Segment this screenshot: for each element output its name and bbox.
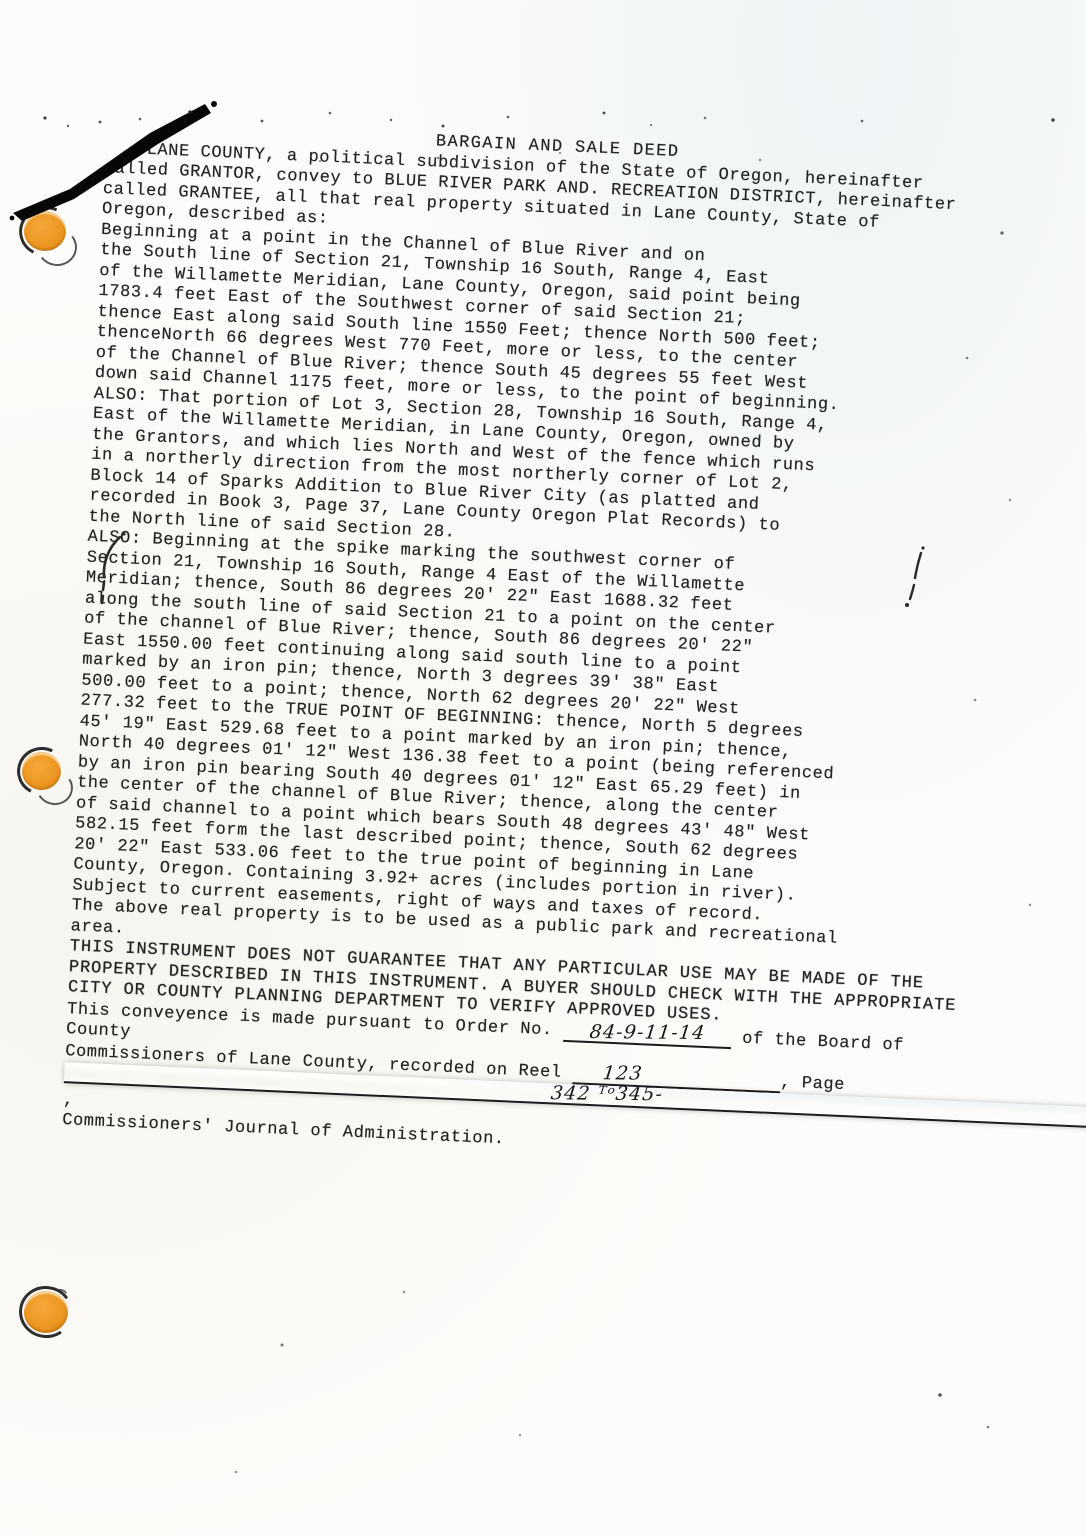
conveyance-text-3: , Page xyxy=(780,1073,846,1095)
punch-hole-bottom-icon xyxy=(24,1291,68,1333)
handwritten-reel-number: 123 xyxy=(602,1065,644,1081)
also-clause-2-paragraph: ALSO: Beginning at the spike marking the… xyxy=(73,528,992,916)
scanned-deed-page: BARGAIN AND SALE DEED LANE COUNTY, a pol… xyxy=(0,0,1086,1536)
deed-sheet: BARGAIN AND SALE DEED LANE COUNTY, a pol… xyxy=(62,118,1010,1171)
punch-hole-top-icon xyxy=(24,211,66,251)
handwritten-page-range: 342 ᵀᵒ345- xyxy=(550,1085,664,1102)
handwritten-order-number: 84-9-11-14 xyxy=(589,1023,707,1040)
punch-hole-middle-icon xyxy=(22,752,61,790)
